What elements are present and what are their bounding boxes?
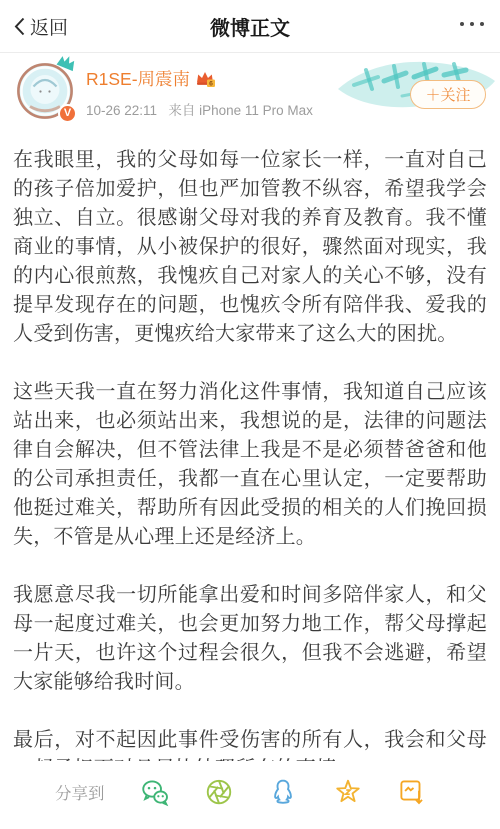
avatar[interactable]: V (16, 62, 74, 120)
back-label: 返回 (30, 13, 68, 40)
user-info: R1SE-周震南 6 10-26 22:11 来自 iPhone 11 Pro … (86, 66, 313, 119)
post-timestamp: 10-26 22:11 (86, 103, 157, 118)
top-nav-bar: 返回 微博正文 (0, 0, 500, 53)
post-meta: 10-26 22:11 来自 iPhone 11 Pro Max (86, 99, 313, 119)
more-options-icon[interactable] (460, 22, 484, 26)
follow-button[interactable]: ＋关注 (410, 80, 486, 109)
svg-text:6: 6 (209, 80, 213, 87)
post-header: V R1SE-周震南 6 10-26 22:11 来自 iPhone 11 Pr… (0, 53, 500, 145)
share-label: 分享到 (55, 780, 105, 804)
save-image-icon[interactable] (397, 777, 427, 807)
wechat-icon[interactable] (139, 777, 169, 807)
chevron-left-icon (14, 17, 25, 36)
back-button[interactable]: 返回 (14, 0, 68, 52)
weibo-post-screen: 返回 微博正文 (0, 0, 500, 829)
qq-icon[interactable] (268, 777, 298, 807)
post-paragraph: 这些天我一直在努力消化这件事情，我知道自己应该站出来，也必须站出来，我想说的是，… (13, 378, 487, 552)
post-paragraph: 我愿意尽我一切所能拿出爱和时间多陪伴家人，和父母一起度过难关，也会更加努力地工作… (13, 581, 487, 697)
share-toolbar: 分享到 (0, 761, 500, 829)
qzone-star-icon[interactable] (333, 777, 363, 807)
post-body: 在我眼里，我的父母如每一位家长一样，一直对自己的孩子倍加爱护，但也严加管教不纵容… (0, 145, 500, 784)
page-title: 微博正文 (210, 12, 290, 41)
verified-badge-icon: V (58, 104, 77, 123)
post-paragraph: 在我眼里，我的父母如每一位家长一样，一直对自己的孩子倍加爱护，但也严加管教不纵容… (13, 146, 487, 349)
vip-crown-badge-icon: 6 (195, 70, 216, 88)
username[interactable]: R1SE-周震南 (86, 66, 190, 91)
wechat-moments-icon[interactable] (204, 777, 234, 807)
post-source: 来自 iPhone 11 Pro Max (168, 103, 313, 118)
